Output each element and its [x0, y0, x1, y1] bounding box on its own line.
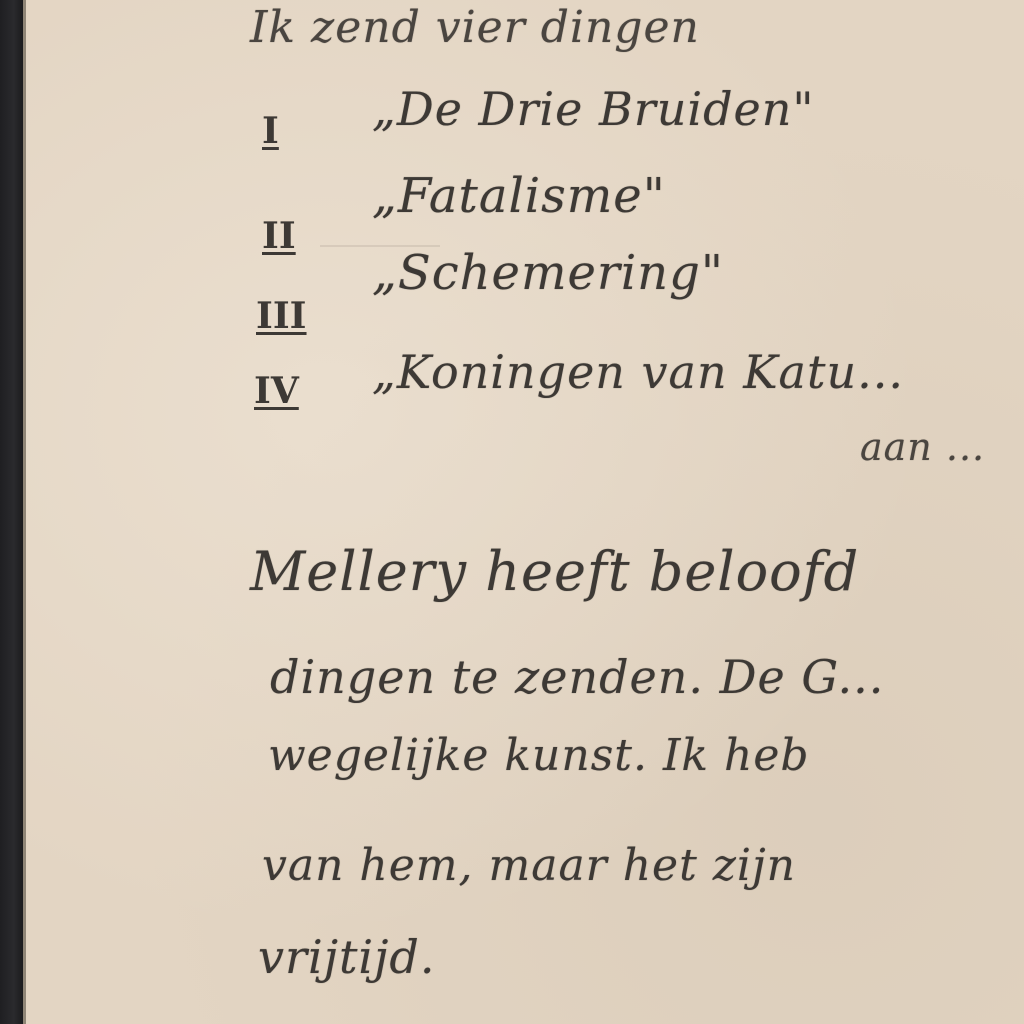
- paragraph-line-3: wegelijke kunst. Ik heb: [268, 730, 810, 781]
- line-intro: Ik zend vier dingen: [250, 2, 700, 53]
- list-numeral-3: III: [256, 295, 307, 337]
- paragraph-line-1: Mellery heeft beloofd: [250, 540, 859, 603]
- list-numeral-1: I: [262, 110, 279, 152]
- paragraph-line-5: vrijtijd.: [258, 930, 435, 984]
- list-item-1: „De Drie Bruiden": [372, 82, 815, 136]
- list-item-4: „Koningen van Katu...: [372, 345, 904, 399]
- paragraph-line-2: dingen te zenden. De G...: [270, 650, 884, 704]
- list-item-2: „Fatalisme": [372, 168, 666, 224]
- paragraph-line-4: van hem, maar het zijn: [262, 840, 796, 891]
- book-binding: [0, 0, 23, 1024]
- list-item-4-continued: aan ...: [860, 425, 985, 469]
- list-item-3: „Schemering": [372, 245, 724, 301]
- list-numeral-2: II: [262, 215, 296, 257]
- list-numeral-4: IV: [254, 370, 299, 412]
